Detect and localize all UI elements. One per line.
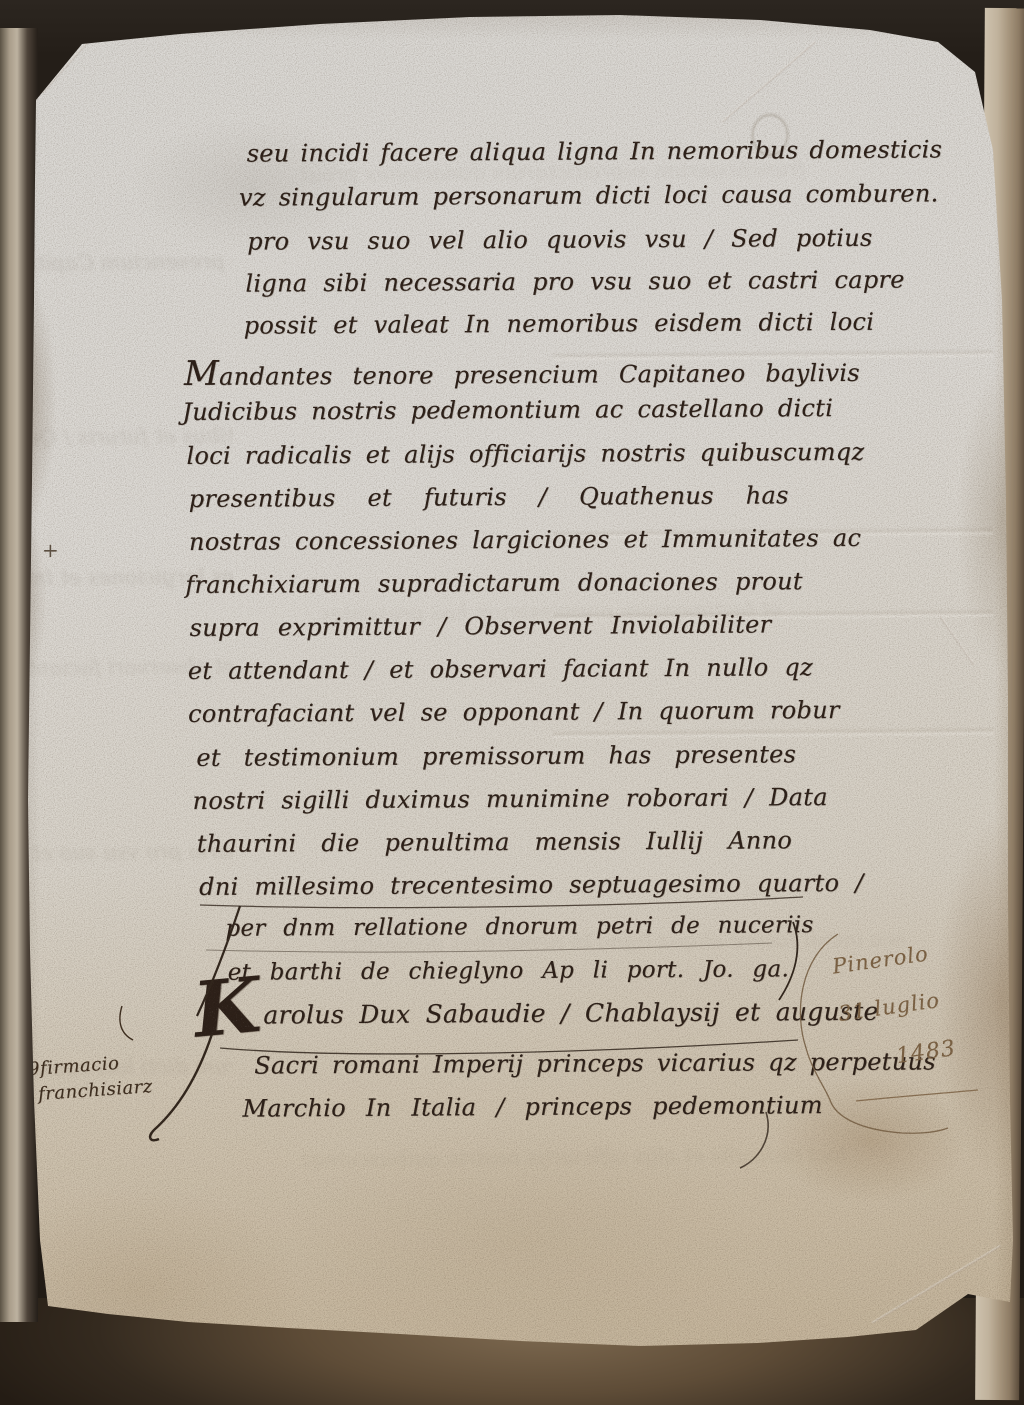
manuscript-line: ligna sibi necessaria pro vsu suo et cas… xyxy=(245,266,904,298)
line-text: arolus Dux Sabaudie / Chablaysij et augu… xyxy=(263,997,878,1030)
main-text-block: seu incidi facere aliqua ligna In nemori… xyxy=(0,0,1024,1405)
manuscript-line: nostri sigilli duximus munimine roborari… xyxy=(193,783,828,815)
manuscript-line: vz singularum personarum dicti loci caus… xyxy=(239,179,939,211)
manuscript-line: Karolus Dux Sabaudie / Chablaysij et aug… xyxy=(194,994,879,1030)
manuscript-line: Judicibus nostris pedemontium ac castell… xyxy=(182,394,833,426)
decorated-initial: K xyxy=(194,1005,260,1011)
manuscript-photo: Mandantes tenore presencium Capitaneo ba… xyxy=(0,0,1024,1405)
manuscript-line: franchixiarum supradictarum donaciones p… xyxy=(185,567,803,599)
manuscript-page: Mandantes tenore presencium Capitaneo ba… xyxy=(0,0,1024,1405)
manuscript-line: thaurini die penultima mensis Iullij Ann… xyxy=(197,826,792,858)
manuscript-line: Marchio In Italia / princeps pedemontium xyxy=(242,1091,822,1123)
manuscript-line: nostras concessiones largiciones et Immu… xyxy=(189,524,861,556)
manuscript-line: loci radicalis et alijs officiarijs nost… xyxy=(186,438,864,470)
manuscript-line: supra exprimittur / Observent Inviolabil… xyxy=(189,610,771,642)
manuscript-line: et testimonium premissorum has presentes xyxy=(196,740,796,772)
manuscript-line: possit et valeat In nemoribus eisdem dic… xyxy=(244,308,875,340)
manuscript-line: et attendant / et observari faciant In n… xyxy=(188,653,813,685)
pen-cross-mark: + xyxy=(42,538,59,562)
manuscript-line: et barthi de chieglyno Ap li port. Jo. g… xyxy=(228,956,790,985)
manuscript-line: Sacri romani Imperij princeps vicarius q… xyxy=(254,1047,936,1079)
manuscript-line: Mandantes tenore presencium Capitaneo ba… xyxy=(184,350,860,394)
manuscript-line: dni millesimo trecentesimo septuagesimo … xyxy=(199,869,864,901)
manuscript-line: seu incidi facere aliqua ligna In nemori… xyxy=(247,135,943,167)
manuscript-line: presentibus et futuris / Quathenus has xyxy=(189,481,789,513)
manuscript-line: contrafaciant vel se opponant / In quoru… xyxy=(188,696,840,728)
manuscript-line: pro vsu suo vel alio quovis vsu / Sed po… xyxy=(247,224,873,256)
manuscript-line: per dnm rellatione dnorum petri de nucer… xyxy=(225,912,813,942)
